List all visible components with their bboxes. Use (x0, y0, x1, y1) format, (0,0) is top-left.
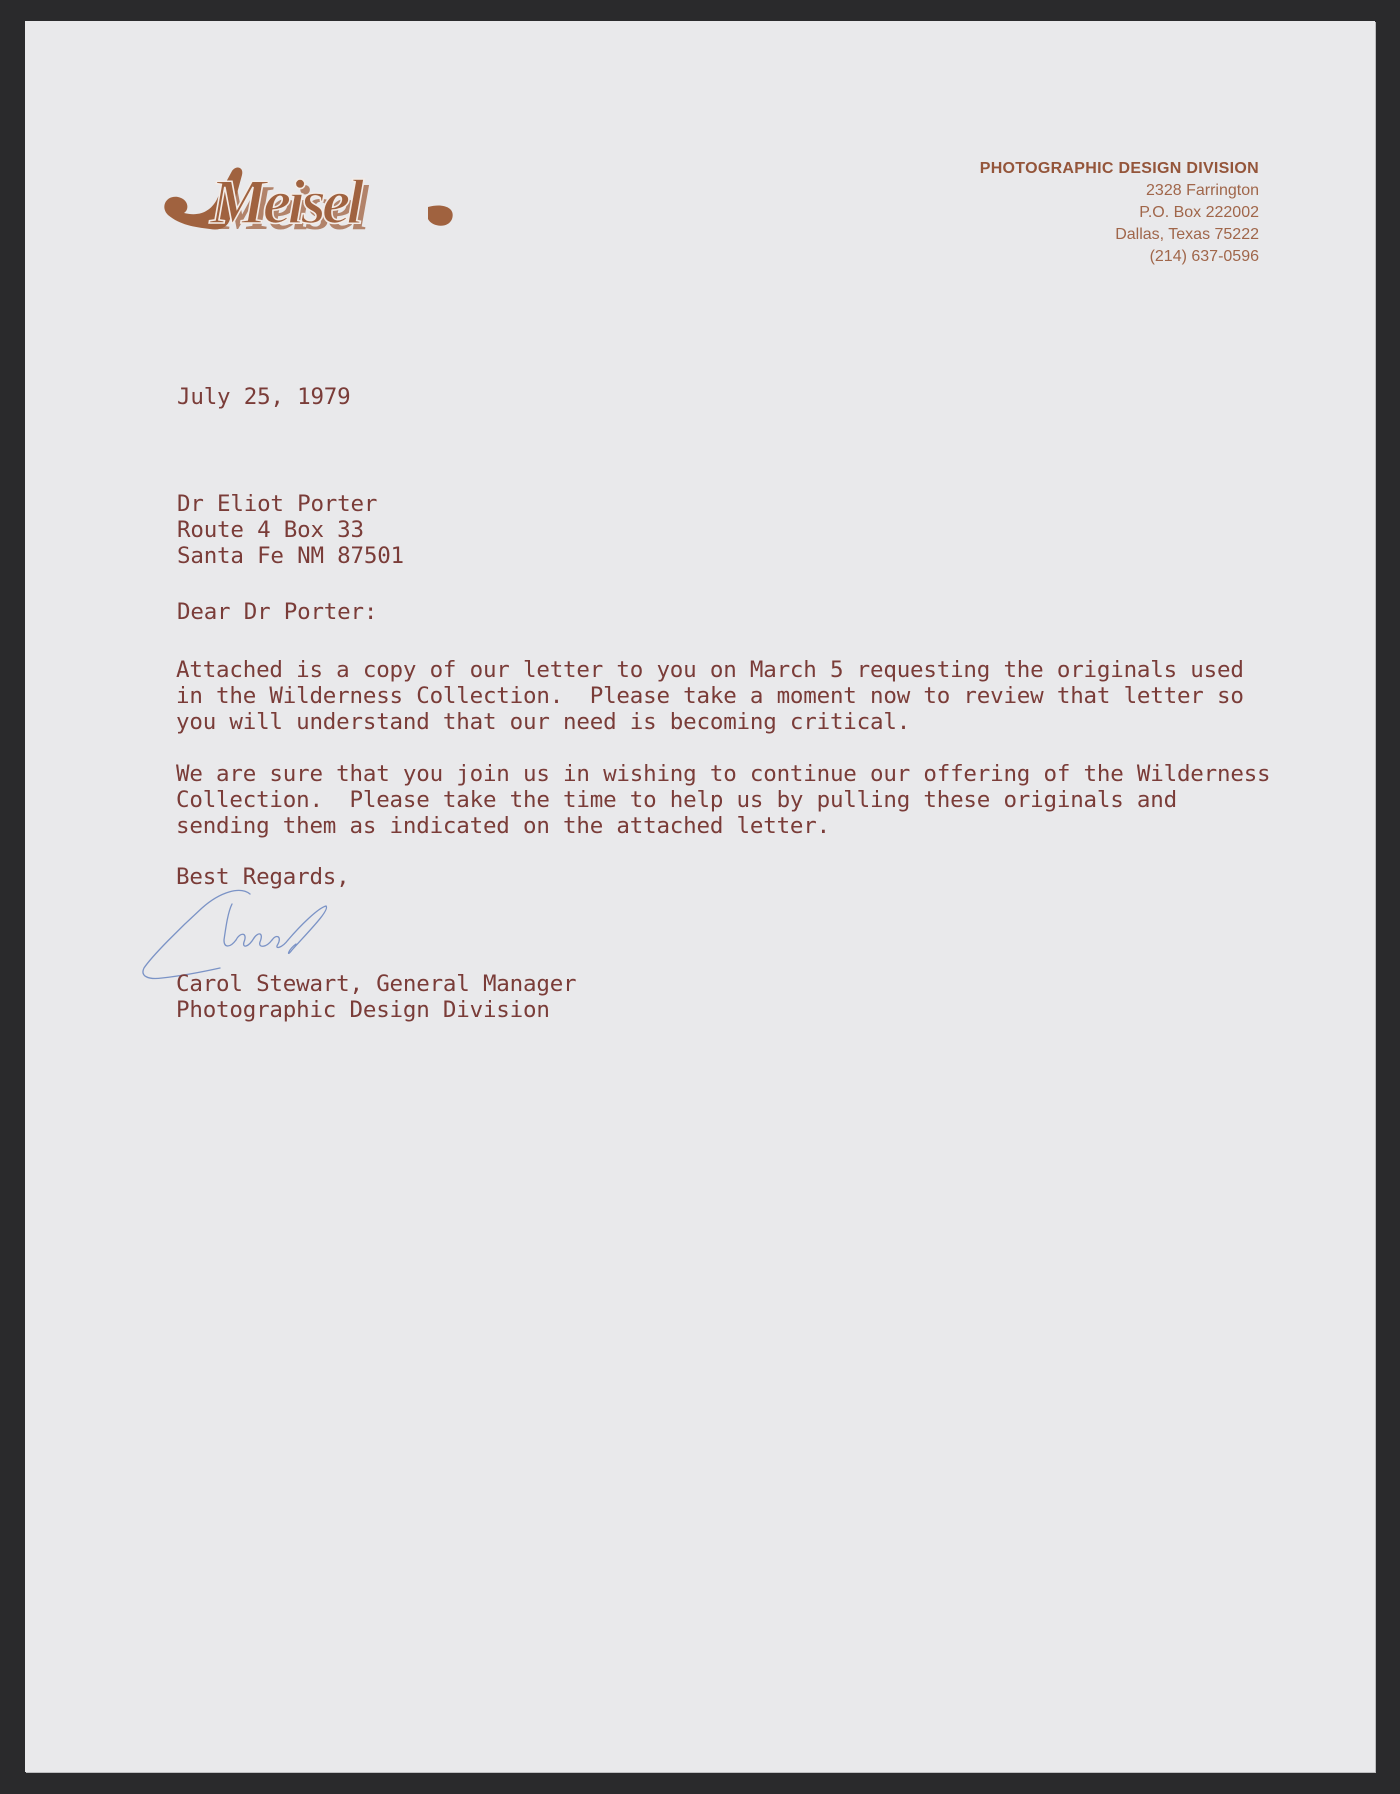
street-address: 2328 Farrington (980, 180, 1259, 202)
paragraph-line: Collection. Please take the time to help… (176, 787, 1270, 813)
po-box: P.O. Box 222002 (980, 202, 1259, 224)
paragraph-line: We are sure that you join us in wishing … (176, 761, 1270, 787)
letter-page: Meisel Meisel Meisel PHOTOGRAPHIC DESIGN… (25, 21, 1375, 1772)
salutation: Dear Dr Porter: (177, 599, 377, 625)
body-paragraph-2: We are sure that you join us in wishing … (176, 761, 1270, 839)
recipient-street: Route 4 Box 33 (177, 517, 404, 543)
paragraph-line: sending them as indicated on the attache… (176, 813, 1270, 839)
meisel-logo: Meisel Meisel Meisel (160, 157, 460, 255)
division-name: PHOTOGRAPHIC DESIGN DIVISION (980, 160, 1259, 178)
svg-text:Meisel: Meisel (209, 166, 364, 237)
paragraph-line: in the Wilderness Collection. Please tak… (176, 683, 1244, 709)
body-paragraph-1: Attached is a copy of our letter to you … (176, 657, 1244, 735)
city-state-zip: Dallas, Texas 75222 (980, 224, 1259, 246)
letter-date: July 25, 1979 (177, 384, 351, 410)
signer-division: Photographic Design Division (176, 997, 576, 1023)
paragraph-line: Attached is a copy of our letter to you … (176, 657, 1244, 683)
paragraph-line: you will understand that our need is bec… (176, 709, 1244, 735)
phone-number: (214) 637-0596 (980, 246, 1259, 268)
recipient-name: Dr Eliot Porter (177, 491, 404, 517)
recipient-city: Santa Fe NM 87501 (177, 543, 404, 569)
recipient-address: Dr Eliot PorterRoute 4 Box 33Santa Fe NM… (177, 491, 404, 569)
signer-block: Carol Stewart, General ManagerPhotograph… (176, 971, 576, 1023)
signer-name-title: Carol Stewart, General Manager (176, 971, 576, 997)
letterhead-address: PHOTOGRAPHIC DESIGN DIVISION 2328 Farrin… (980, 160, 1259, 268)
